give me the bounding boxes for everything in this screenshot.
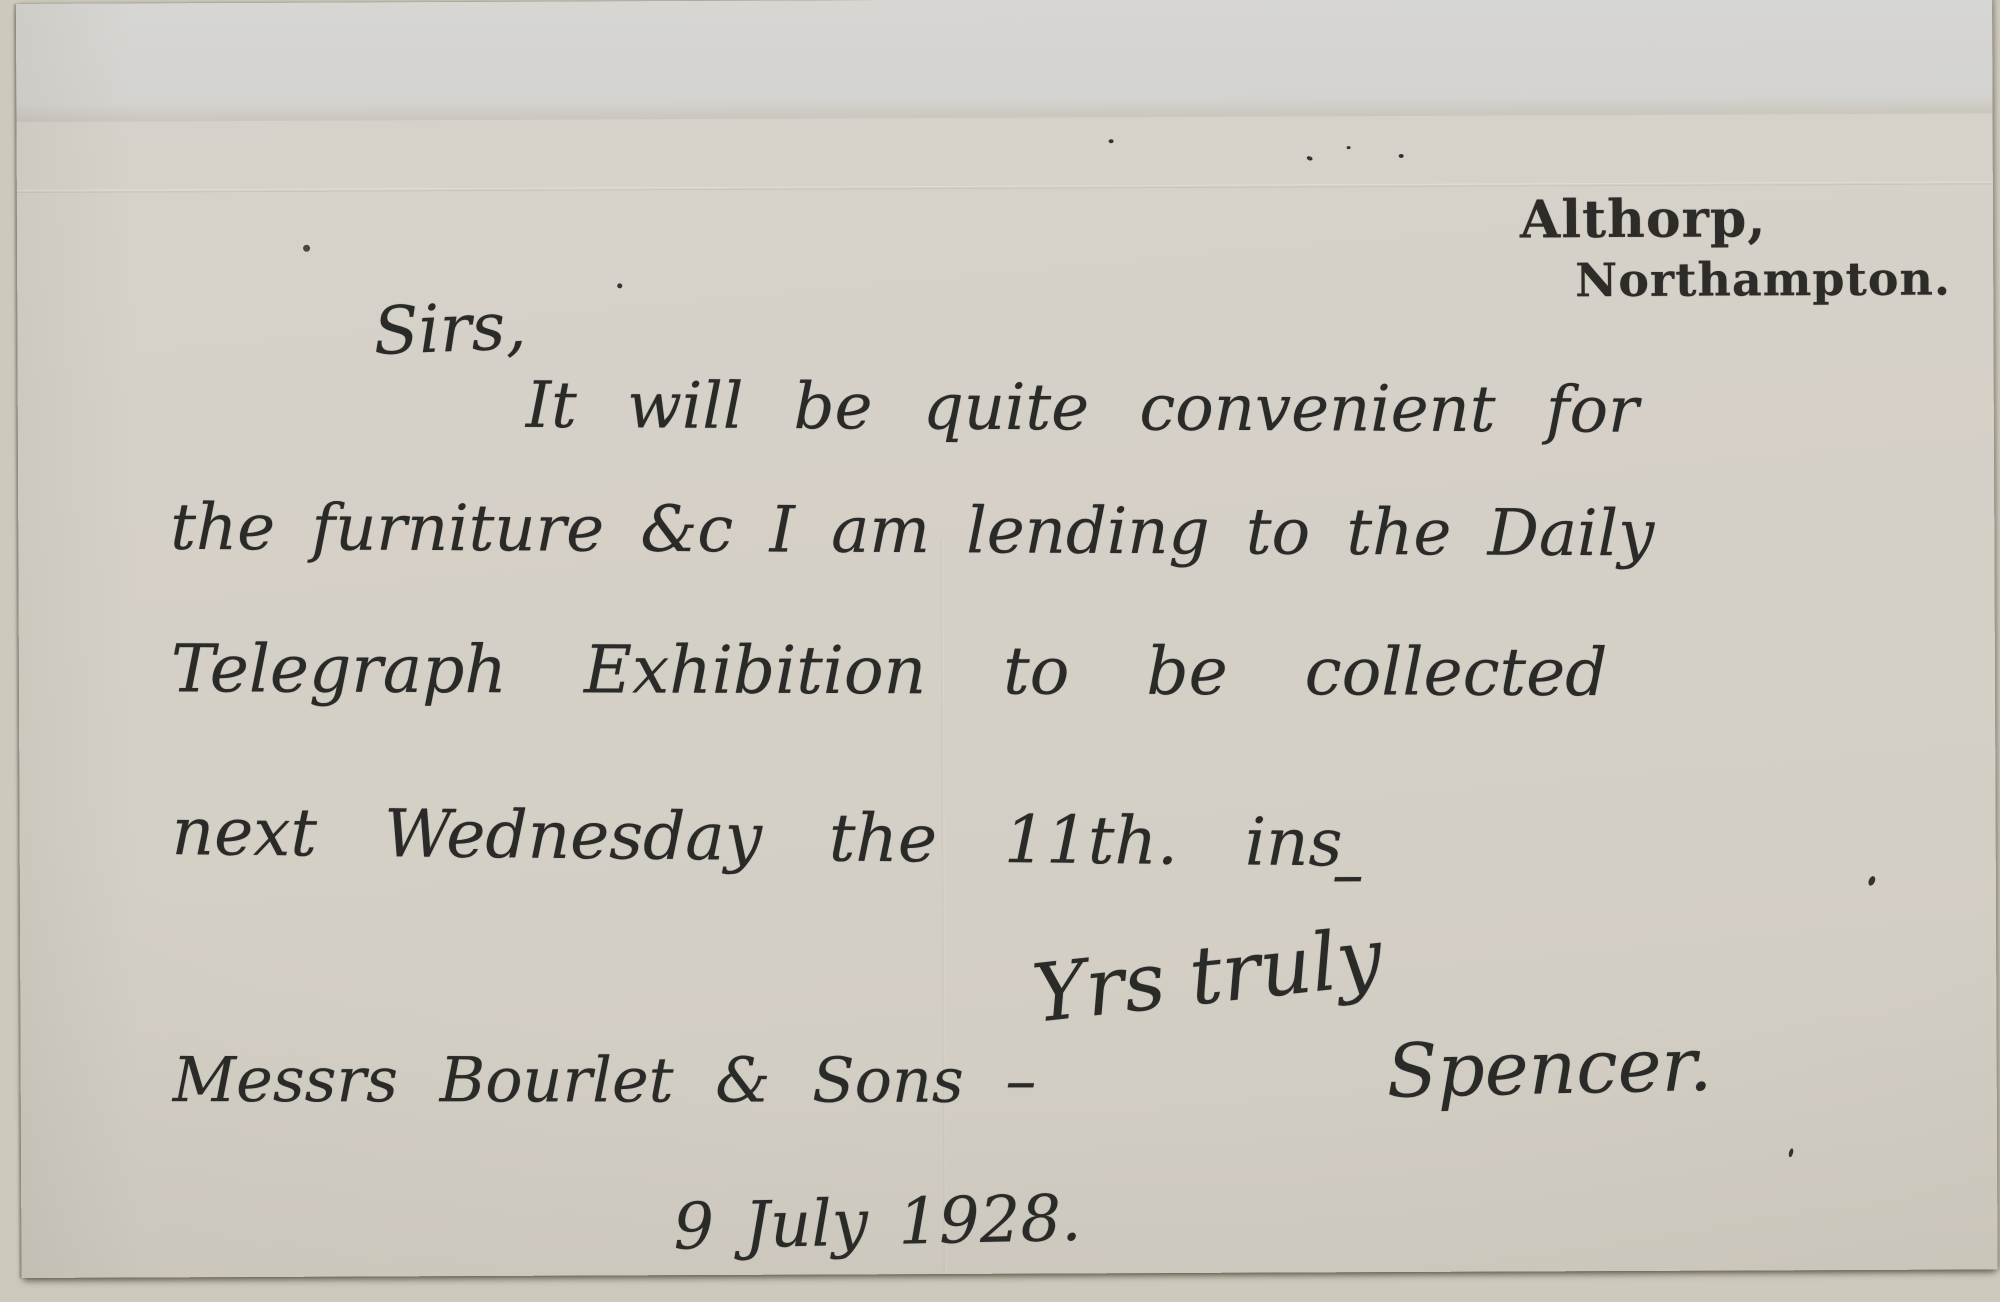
- closing-valediction: Yrs truly: [1028, 910, 1386, 1041]
- ink-speck: [1399, 154, 1404, 158]
- paper-fold-band: [16, 0, 1992, 122]
- body-line-1: It will be quite convenient for: [526, 369, 1639, 448]
- ink-speck: [617, 283, 622, 288]
- body-line-4: next Wednesday the 11th. ins: [171, 793, 1343, 881]
- ink-speck: [1867, 875, 1877, 887]
- ink-speck: [1109, 139, 1114, 143]
- letterhead-town: Northampton.: [1575, 252, 1951, 308]
- date-line: 9 July 1928.: [673, 1182, 1083, 1265]
- signature: Spencer.: [1386, 1022, 1713, 1115]
- body-line-2: the furniture &c I am lending to the Dai…: [170, 491, 1654, 571]
- ink-speck: [303, 245, 310, 252]
- letter-paper: Althorp, Northampton. Sirs, It will be q…: [16, 0, 1998, 1278]
- ink-speck: [1788, 1148, 1794, 1158]
- trailing-dash-mark: –: [1332, 838, 1364, 912]
- ink-speck: [1306, 155, 1313, 161]
- ink-speck: [1347, 146, 1351, 149]
- addressee-line: Messrs Bourlet & Sons –: [173, 1043, 1037, 1117]
- salutation: Sirs,: [372, 287, 528, 370]
- body-line-3: Telegraph Exhibition to be collected: [171, 630, 1608, 711]
- photograph-of-letter: Althorp, Northampton. Sirs, It will be q…: [0, 0, 2000, 1302]
- letterhead-place: Althorp,: [1520, 188, 1767, 250]
